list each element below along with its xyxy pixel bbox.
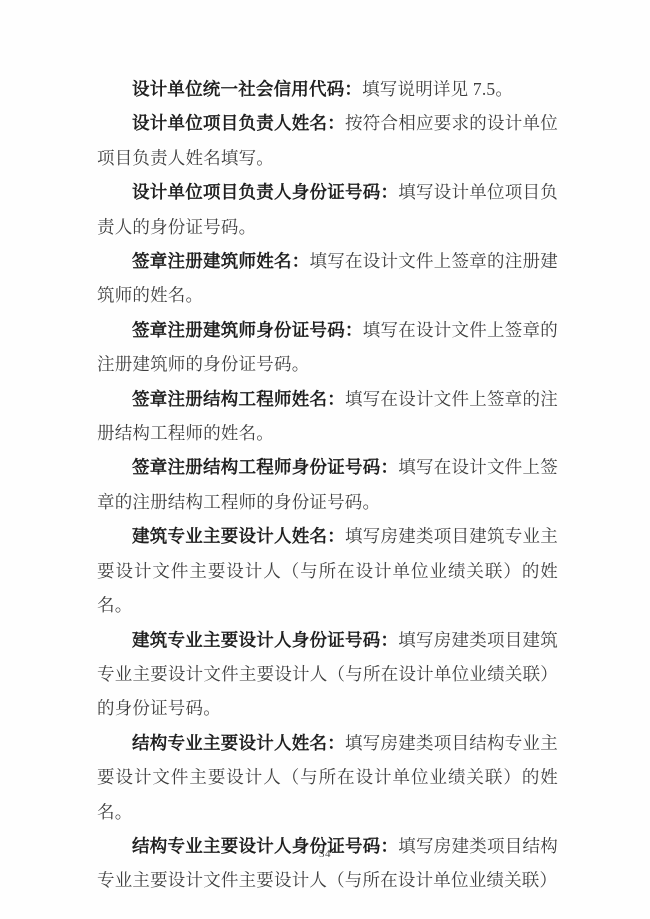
document-page: 设计单位统一社会信用代码：填写说明详见 7.5。 设计单位项目负责人姓名：按符合… [0, 0, 650, 919]
paragraph: 设计单位项目负责人身份证号码：填写设计单位项目负责人的身份证号码。 [97, 175, 558, 244]
paragraph: 设计单位项目负责人姓名：按符合相应要求的设计单位项目负责人姓名填写。 [97, 106, 558, 175]
field-label: 结构专业主要设计人姓名： [132, 733, 345, 753]
document-body: 设计单位统一社会信用代码：填写说明详见 7.5。 设计单位项目负责人姓名：按符合… [97, 72, 558, 898]
paragraph: 建筑专业主要设计人身份证号码：填写房建类项目建筑专业主要设计文件主要设计人（与所… [97, 623, 558, 726]
field-label: 建筑专业主要设计人姓名： [132, 526, 345, 546]
paragraph: 设计单位统一社会信用代码：填写说明详见 7.5。 [97, 72, 558, 106]
field-label: 建筑专业主要设计人身份证号码： [132, 630, 398, 650]
paragraph: 建筑专业主要设计人姓名：填写房建类项目建筑专业主要设计文件主要设计人（与所在设计… [97, 519, 558, 622]
field-label: 签章注册结构工程师身份证号码： [132, 457, 398, 477]
paragraph: 签章注册建筑师姓名：填写在设计文件上签章的注册建筑师的姓名。 [97, 244, 558, 313]
field-description: 填写说明详见 7.5。 [362, 79, 513, 99]
paragraph: 签章注册结构工程师姓名：填写在设计文件上签章的注册结构工程师的姓名。 [97, 382, 558, 451]
page-number: 34 [0, 848, 650, 860]
field-label: 签章注册结构工程师姓名： [132, 389, 345, 409]
field-label: 设计单位统一社会信用代码： [132, 79, 362, 99]
field-label: 签章注册建筑师姓名： [132, 251, 310, 271]
paragraph: 签章注册建筑师身份证号码：填写在设计文件上签章的注册建筑师的身份证号码。 [97, 313, 558, 382]
field-label: 设计单位项目负责人身份证号码： [132, 182, 398, 202]
paragraph: 结构专业主要设计人姓名：填写房建类项目结构专业主要设计文件主要设计人（与所在设计… [97, 726, 558, 829]
paragraph: 结构专业主要设计人身份证号码：填写房建类项目结构专业主要设计文件主要设计人（与所… [97, 829, 558, 898]
paragraph: 签章注册结构工程师身份证号码：填写在设计文件上签章的注册结构工程师的身份证号码。 [97, 450, 558, 519]
field-label: 设计单位项目负责人姓名： [132, 113, 345, 133]
field-label: 签章注册建筑师身份证号码： [132, 320, 363, 340]
